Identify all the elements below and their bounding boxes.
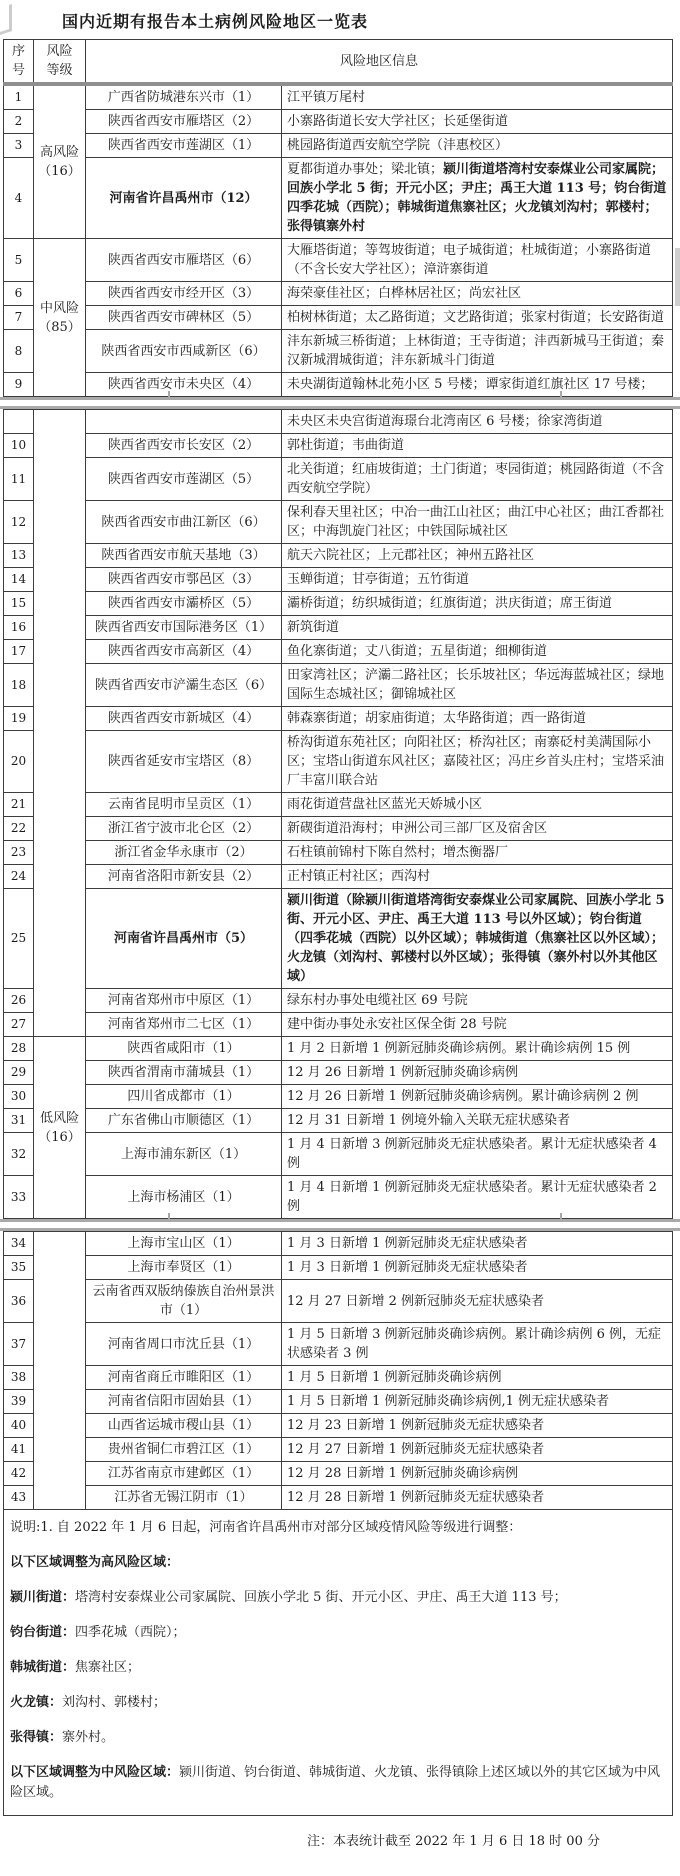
note-paragraph: 以下区域调整为中风险区域：颍川街道、钧台街道、韩城街道、火龙镇、张得镇除上述区域… xyxy=(10,1763,662,1803)
table-split-notch xyxy=(560,1213,562,1219)
region-cell: 陕西省西安市新城区（4） xyxy=(86,707,282,731)
detail-cell: 鱼化寨街道；丈八街道；五星街道；细柳街道 xyxy=(282,640,673,664)
table-row: 15陕西省西安市灞桥区（5）灞桥街道；纺织城街道；红旗街道；洪庆街道；席王街道 xyxy=(4,592,673,616)
detail-cell: 田家湾社区；浐灞二路社区；长乐坡社区；华远海蓝城社区；绿地国际生态城社区；御锦城… xyxy=(282,664,673,707)
region-cell: 陕西省西安市莲湖区（5） xyxy=(86,458,282,501)
region-cell: 陕西省西安市浐灞生态区（6） xyxy=(86,664,282,707)
row-number: 3 xyxy=(4,134,34,158)
region-cell: 云南省昆明市呈贡区（1） xyxy=(86,793,282,817)
region-cell: 上海市杨浦区（1） xyxy=(86,1176,282,1219)
detail-cell: 未央区未央宫街道海璟台北湾南区 6 号楼；徐家湾街道 xyxy=(282,410,673,434)
detail-text: 焦寨社区； xyxy=(75,1660,140,1675)
detail-cell: 石柱镇前锦村下陈自然村；增杰衡器厂 xyxy=(282,841,673,865)
detail-text: 保利春天里社区；中冶一曲江山社区；曲江中心社区；曲江香都社区；中海凯旋门社区；中… xyxy=(287,505,664,539)
detail-cell: 12 月 26 日新增 1 例新冠肺炎确诊病例。累计确诊病例 2 例 xyxy=(282,1085,673,1109)
row-number: 18 xyxy=(4,664,34,707)
row-number: 16 xyxy=(4,616,34,640)
table-row: 22浙江省宁波市北仑区（2）新碶街道沿海村；申洲公司三部厂区及宿舍区 xyxy=(4,817,673,841)
risk-level-cell: 低风险（16） xyxy=(34,1037,86,1219)
detail-cell: 江平镇万尾村 xyxy=(282,84,673,110)
detail-cell: 1 月 5 日新增 1 例新冠肺炎确诊病例,1 例无症状感染者 xyxy=(282,1390,673,1414)
detail-cell: 1 月 5 日新增 1 例新冠肺炎确诊病例 xyxy=(282,1366,673,1390)
note-paragraph: 说明:1. 自 2022 年 1 月 6 日起，河南省许昌禹州市对部分区域疫情风… xyxy=(10,1518,662,1538)
region-cell: 陕西省西安市西咸新区（6） xyxy=(86,330,282,373)
detail-text: 1 月 5 日新增 1 例新冠肺炎确诊病例 xyxy=(287,1370,501,1385)
scrollbar-artifact xyxy=(675,248,680,306)
row-number: 20 xyxy=(4,731,34,793)
detail-text: 12 月 26 日新增 1 例新冠肺炎确诊病例。累计确诊病例 2 例 xyxy=(287,1089,639,1104)
detail-cell: 颍川街道（除颍川街道塔湾街安泰煤业公司家属院、回族小学北 5 街、开元小区、尹庄… xyxy=(282,889,673,989)
header-row: 序号 风险等级 风险地区信息 xyxy=(4,40,673,85)
detail-cell: 韩森寨街道；胡家庙街道；太华路街道；西一路街道 xyxy=(282,707,673,731)
table-row: 8陕西省西安市西咸新区（6）沣东新城三桥街道；上林街道；王寺街道；沣西新城马王街… xyxy=(4,330,673,373)
region-cell: 广西省防城港东兴市（1） xyxy=(86,84,282,110)
row-number: 21 xyxy=(4,793,34,817)
table-row: 31广东省佛山市顺德区（1）12 月 31 日新增 1 例境外输入关联无症状感染… xyxy=(4,1109,673,1133)
row-number: 39 xyxy=(4,1390,34,1414)
detail-cell: 灞桥街道；纺织城街道；红旗街道；洪庆街道；席王街道 xyxy=(282,592,673,616)
region-cell: 陕西省延安市宝塔区（8） xyxy=(86,731,282,793)
table-row: 19陕西省西安市新城区（4）韩森寨街道；胡家庙街道；太华路街道；西一路街道 xyxy=(4,707,673,731)
detail-text: 刘沟村、郭楼村； xyxy=(62,1695,166,1710)
row-number: 13 xyxy=(4,544,34,568)
row-number: 26 xyxy=(4,989,34,1013)
table-row: 36云南省西双版纳傣族自治州景洪市（1）12 月 27 日新增 2 例新冠肺炎无… xyxy=(4,1280,673,1323)
detail-cell: 航天六院社区；上元郡社区；神州五路社区 xyxy=(282,544,673,568)
detail-cell: 12 月 23 日新增 1 例新冠肺炎无症状感染者 xyxy=(282,1414,673,1438)
note-paragraph: 以下区域调整为高风险区域： xyxy=(10,1553,662,1573)
detail-cell: 海荣豪佳社区；白桦林居社区；尚宏社区 xyxy=(282,282,673,306)
region-cell: 陕西省西安市莲湖区（1） xyxy=(86,134,282,158)
detail-text: 航天六院社区；上元郡社区；神州五路社区 xyxy=(287,548,534,563)
detail-text: 以下区域调整为中风险区域： xyxy=(10,1765,179,1780)
detail-text: 玉蝉街道；甘亭街道；五竹街道 xyxy=(287,572,469,587)
detail-cell: 桃园路街道西安航空学院（沣惠校区） xyxy=(282,134,673,158)
header-serial: 序号 xyxy=(4,40,34,85)
note-paragraph: 韩城街道：焦寨社区； xyxy=(10,1658,662,1678)
detail-cell: 正村镇正村社区；西沟村 xyxy=(282,865,673,889)
region-cell: 陕西省西安市碑林区（5） xyxy=(86,306,282,330)
row-number: 8 xyxy=(4,330,34,373)
detail-text: 寨外村。 xyxy=(62,1730,114,1745)
row-number: 2 xyxy=(4,110,34,134)
detail-text: 1 月 4 日新增 1 例新冠肺炎无症状感染者。累计无症状感染者 2 例 xyxy=(287,1180,657,1214)
risk-level-cell: 中风险（85） xyxy=(34,239,86,397)
table-row: 38河南省商丘市睢阳区（1）1 月 5 日新增 1 例新冠肺炎确诊病例 xyxy=(4,1366,673,1390)
table-row: 32上海市浦东新区（1）1 月 4 日新增 3 例新冠肺炎无症状感染者。累计无症… xyxy=(4,1133,673,1176)
row-number: 12 xyxy=(4,501,34,544)
row-number: 5 xyxy=(4,239,34,282)
detail-text: 12 月 28 日新增 1 例新冠肺炎确诊病例 xyxy=(287,1466,518,1481)
detail-cell: 玉蝉街道；甘亭街道；五竹街道 xyxy=(282,568,673,592)
note-paragraph: 钧台街道：四季花城（西院）； xyxy=(10,1623,662,1643)
table-row: 41贵州省铜仁市碧江区（1）12 月 27 日新增 1 例新冠肺炎无症状感染者 xyxy=(4,1438,673,1462)
detail-cell: 1 月 4 日新增 1 例新冠肺炎无症状感染者。累计无症状感染者 2 例 xyxy=(282,1176,673,1219)
detail-cell: 1 月 5 日新增 3 例新冠肺炎确诊病例。累计确诊病例 6 例，无症状感染者 … xyxy=(282,1323,673,1366)
detail-text: 火龙镇： xyxy=(10,1695,62,1710)
detail-text: 12 月 27 日新增 1 例新冠肺炎无症状感染者 xyxy=(287,1442,544,1457)
detail-text: 韩森寨街道；胡家庙街道；太华路街道；西一路街道 xyxy=(287,711,586,726)
region-cell: 河南省郑州市中原区（1） xyxy=(86,989,282,1013)
table-row: 7陕西省西安市碑林区（5）柏树林街道；太乙路街道；文艺路街道；张家村街道；长安路… xyxy=(4,306,673,330)
detail-text: 田家湾社区；浐灞二路社区；长乐坡社区；华远海蓝城社区；绿地国际生态城社区；御锦城… xyxy=(287,668,664,702)
region-cell: 上海市奉贤区（1） xyxy=(86,1256,282,1280)
detail-text: 鱼化寨街道；丈八街道；五星街道；细柳街道 xyxy=(287,644,547,659)
detail-text: 桥沟街道东苑社区；向阳社区；桥沟社区；南寨砭村美满国际小区；宝塔山街道东风社区；… xyxy=(287,735,664,788)
risk-area-table-part2: 未央区未央宫街道海璟台北湾南区 6 号楼；徐家湾街道10陕西省西安市长安区（2）… xyxy=(3,409,673,1219)
region-cell: 陕西省西安市经开区（3） xyxy=(86,282,282,306)
detail-cell: 1 月 3 日新增 1 例新冠肺炎无症状感染者 xyxy=(282,1232,673,1256)
detail-cell: 新碶街道沿海村；申洲公司三部厂区及宿舍区 xyxy=(282,817,673,841)
detail-text: 12 月 28 日新增 1 例新冠肺炎无症状感染者 xyxy=(287,1490,544,1505)
region-cell: 陕西省西安市航天基地（3） xyxy=(86,544,282,568)
detail-cell: 12 月 27 日新增 2 例新冠肺炎无症状感染者 xyxy=(282,1280,673,1323)
table-row: 37河南省周口市沈丘县（1）1 月 5 日新增 3 例新冠肺炎确诊病例。累计确诊… xyxy=(4,1323,673,1366)
table-row: 4河南省许昌禹州市（12）夏都街道办事处；梁北镇；颍川街道塔湾村安泰煤业公司家属… xyxy=(4,158,673,239)
detail-text: 未央区未央宫街道海璟台北湾南区 6 号楼；徐家湾街道 xyxy=(287,414,603,429)
detail-cell: 12 月 28 日新增 1 例新冠肺炎确诊病例 xyxy=(282,1462,673,1486)
region-cell: 四川省成都市（1） xyxy=(86,1085,282,1109)
detail-cell: 12 月 28 日新增 1 例新冠肺炎无症状感染者 xyxy=(282,1486,673,1510)
row-number: 17 xyxy=(4,640,34,664)
region-cell: 河南省许昌禹州市（5） xyxy=(86,889,282,989)
detail-text: 1 月 5 日新增 3 例新冠肺炎确诊病例。累计确诊病例 6 例，无症状感染者 … xyxy=(287,1327,661,1361)
row-number: 31 xyxy=(4,1109,34,1133)
row-number: 41 xyxy=(4,1438,34,1462)
detail-cell: 1 月 2 日新增 1 例新冠肺炎确诊病例。累计确诊病例 15 例 xyxy=(282,1037,673,1061)
region-cell: 江苏省南京市建邺区（1） xyxy=(86,1462,282,1486)
detail-text: 灞桥街道；纺织城街道；红旗街道；洪庆街道；席王街道 xyxy=(287,596,612,611)
region-cell: 河南省许昌禹州市（12） xyxy=(86,158,282,239)
detail-text: 颍川街道： xyxy=(10,1590,75,1605)
region-cell: 上海市宝山区（1） xyxy=(86,1232,282,1256)
notes-row: 说明:1. 自 2022 年 1 月 6 日起，河南省许昌禹州市对部分区域疫情风… xyxy=(4,1510,673,1816)
row-number: 10 xyxy=(4,434,34,458)
table-row: 40山西省运城市稷山县（1）12 月 23 日新增 1 例新冠肺炎无症状感染者 xyxy=(4,1414,673,1438)
row-number: 4 xyxy=(4,158,34,239)
table-header: 序号 风险等级 风险地区信息 xyxy=(4,40,673,85)
row-number: 36 xyxy=(4,1280,34,1323)
table-split-notch xyxy=(168,1213,170,1219)
detail-text: 未央湖街道翰林北苑小区 5 号楼；谭家街道红旗社区 17 号楼； xyxy=(287,377,653,392)
table-row: 16陕西省西安市国际港务区（1）新筑街道 xyxy=(4,616,673,640)
table-row: 35上海市奉贤区（1）1 月 3 日新增 1 例新冠肺炎无症状感染者 xyxy=(4,1256,673,1280)
row-number: 15 xyxy=(4,592,34,616)
row-number: 7 xyxy=(4,306,34,330)
risk-area-table-part1: 序号 风险等级 风险地区信息 1高风险（16）广西省防城港东兴市（1）江平镇万尾… xyxy=(3,39,673,397)
region-cell: 浙江省宁波市北仑区（2） xyxy=(86,817,282,841)
header-risk-level: 风险等级 xyxy=(34,40,86,85)
risk-level-cell: 高风险（16） xyxy=(34,84,86,239)
table-row: 23浙江省金华永康市（2）石柱镇前锦村下陈自然村；增杰衡器厂 xyxy=(4,841,673,865)
table-row: 29陕西省渭南市蒲城县（1）12 月 26 日新增 1 例新冠肺炎确诊病例 xyxy=(4,1061,673,1085)
table-row: 17陕西省西安市高新区（4）鱼化寨街道；丈八街道；五星街道；细柳街道 xyxy=(4,640,673,664)
region-cell: 江苏省无锡江阴市（1） xyxy=(86,1486,282,1510)
region-cell: 河南省郑州市二七区（1） xyxy=(86,1013,282,1037)
detail-text: 海荣豪佳社区；白桦林居社区；尚宏社区 xyxy=(287,286,521,301)
detail-text: 石柱镇前锦村下陈自然村；增杰衡器厂 xyxy=(287,845,508,860)
region-cell: 陕西省咸阳市（1） xyxy=(86,1037,282,1061)
table-body-part2: 未央区未央宫街道海璟台北湾南区 6 号楼；徐家湾街道10陕西省西安市长安区（2）… xyxy=(4,410,673,1219)
table-row: 27河南省郑州市二七区（1）建中街办事处永安社区保全街 28 号院 xyxy=(4,1013,673,1037)
row-number: 30 xyxy=(4,1085,34,1109)
region-cell: 山西省运城市稷山县（1） xyxy=(86,1414,282,1438)
detail-cell: 未央湖街道翰林北苑小区 5 号楼；谭家街道红旗社区 17 号楼； xyxy=(282,373,673,397)
detail-text: 大雁塔街道；等驾坡街道；电子城街道；杜城街道；小寨路街道（不含长安大学社区）；漳… xyxy=(287,243,651,277)
detail-text: 桃园路街道西安航空学院（沣惠校区） xyxy=(287,138,508,153)
note-paragraph: 颍川街道：塔湾村安泰煤业公司家属院、回族小学北 5 街、开元小区、尹庄、禹王大道… xyxy=(10,1588,662,1608)
note-paragraph: 张得镇：寨外村。 xyxy=(10,1728,662,1748)
region-cell: 浙江省金华永康市（2） xyxy=(86,841,282,865)
detail-text: 江平镇万尾村 xyxy=(287,90,365,105)
page-break-divider xyxy=(0,397,680,409)
detail-text: 钧台街道： xyxy=(10,1625,75,1640)
row-number: 43 xyxy=(4,1486,34,1510)
detail-text: 说明:1. 自 2022 年 1 月 6 日起，河南省许昌禹州市对部分区域疫情风… xyxy=(10,1520,521,1535)
detail-text: 12 月 27 日新增 2 例新冠肺炎无症状感染者 xyxy=(287,1294,544,1309)
detail-text: 新筑街道 xyxy=(287,620,339,635)
table-row: 25河南省许昌禹州市（5）颍川街道（除颍川街道塔湾街安泰煤业公司家属院、回族小学… xyxy=(4,889,673,989)
table-row: 21云南省昆明市呈贡区（1）雨花街道营盘社区蓝光天娇城小区 xyxy=(4,793,673,817)
region-cell: 陕西省西安市长安区（2） xyxy=(86,434,282,458)
detail-text: 北关街道；红庙坡街道；土门街道；枣园街道；桃园路街道（不含西安航空学院） xyxy=(287,462,664,496)
detail-text: 12 月 26 日新增 1 例新冠肺炎确诊病例 xyxy=(287,1065,518,1080)
table-body-part3: 34上海市宝山区（1）1 月 3 日新增 1 例新冠肺炎无症状感染者35上海市奉… xyxy=(4,1232,673,1510)
header-risk-area-info: 风险地区信息 xyxy=(86,40,673,85)
detail-cell: 郭杜街道；韦曲街道 xyxy=(282,434,673,458)
risk-area-table-part3: 34上海市宝山区（1）1 月 3 日新增 1 例新冠肺炎无症状感染者35上海市奉… xyxy=(3,1231,673,1816)
table-row: 20陕西省延安市宝塔区（8）桥沟街道东苑社区；向阳社区；桥沟社区；南寨砭村美满国… xyxy=(4,731,673,793)
region-cell: 陕西省西安市雁塔区（6） xyxy=(86,239,282,282)
region-cell: 陕西省西安市灞桥区（5） xyxy=(86,592,282,616)
detail-text: 绿东村办事处电缆社区 69 号院 xyxy=(287,993,468,1008)
region-cell: 云南省西双版纳傣族自治州景洪市（1） xyxy=(86,1280,282,1323)
detail-cell: 绿东村办事处电缆社区 69 号院 xyxy=(282,989,673,1013)
detail-text: 沣东新城三桥街道；上林街道；王寺街道；沣西新城马王街道；秦汉新城渭城街道；沣东新… xyxy=(287,334,664,368)
table-row: 14陕西省西安市鄠邑区（3）玉蝉街道；甘亭街道；五竹街道 xyxy=(4,568,673,592)
table-body-part1: 1高风险（16）广西省防城港东兴市（1）江平镇万尾村2陕西省西安市雁塔区（2）小… xyxy=(4,84,673,397)
notes-cell: 说明:1. 自 2022 年 1 月 6 日起，河南省许昌禹州市对部分区域疫情风… xyxy=(4,1510,673,1816)
table-row: 1高风险（16）广西省防城港东兴市（1）江平镇万尾村 xyxy=(4,84,673,110)
table-row: 30四川省成都市（1）12 月 26 日新增 1 例新冠肺炎确诊病例。累计确诊病… xyxy=(4,1085,673,1109)
region-cell: 河南省商丘市睢阳区（1） xyxy=(86,1366,282,1390)
detail-text: 韩城街道： xyxy=(10,1660,75,1675)
table-row: 12陕西省西安市曲江新区（6）保利春天里社区；中冶一曲江山社区；曲江中心社区；曲… xyxy=(4,501,673,544)
region-cell: 陕西省西安市国际港务区（1） xyxy=(86,616,282,640)
region-cell: 陕西省西安市鄠邑区（3） xyxy=(86,568,282,592)
detail-text: 新碶街道沿海村；申洲公司三部厂区及宿舍区 xyxy=(287,821,547,836)
detail-cell: 夏都街道办事处；梁北镇；颍川街道塔湾村安泰煤业公司家属院；回族小学北 5 街；开… xyxy=(282,158,673,239)
row-number: 32 xyxy=(4,1133,34,1176)
detail-text: 正村镇正村社区；西沟村 xyxy=(287,869,430,884)
region-cell: 陕西省西安市曲江新区（6） xyxy=(86,501,282,544)
detail-text: 张得镇： xyxy=(10,1730,62,1745)
detail-cell: 大雁塔街道；等驾坡街道；电子城街道；杜城街道；小寨路街道（不含长安大学社区）；漳… xyxy=(282,239,673,282)
row-number: 42 xyxy=(4,1462,34,1486)
detail-text: 1 月 3 日新增 1 例新冠肺炎无症状感染者 xyxy=(287,1236,527,1251)
detail-cell: 1 月 3 日新增 1 例新冠肺炎无症状感染者 xyxy=(282,1256,673,1280)
detail-cell: 桥沟街道东苑社区；向阳社区；桥沟社区；南寨砭村美满国际小区；宝塔山街道东风社区；… xyxy=(282,731,673,793)
row-number: 22 xyxy=(4,817,34,841)
detail-text: 以下区域调整为高风险区域： xyxy=(10,1555,179,1570)
row-number: 33 xyxy=(4,1176,34,1219)
row-number: 11 xyxy=(4,458,34,501)
footer-note: 注：本表统计截至 2022 年 1 月 6 日 18 时 00 分 xyxy=(0,1830,680,1849)
detail-text: 夏都街道办事处；梁北镇； xyxy=(287,162,443,177)
risk-level-cell xyxy=(34,410,86,1037)
region-cell: 陕西省西安市未央区（4） xyxy=(86,373,282,397)
detail-cell: 12 月 31 日新增 1 例境外输入关联无症状感染者 xyxy=(282,1109,673,1133)
row-number: 28 xyxy=(4,1037,34,1061)
detail-cell: 1 月 4 日新增 3 例新冠肺炎无症状感染者。累计无症状感染者 4 例 xyxy=(282,1133,673,1176)
row-number: 40 xyxy=(4,1414,34,1438)
row-number: 14 xyxy=(4,568,34,592)
detail-text: 郭杜街道；韦曲街道 xyxy=(287,438,404,453)
detail-text: 1 月 5 日新增 1 例新冠肺炎确诊病例,1 例无症状感染者 xyxy=(287,1394,609,1409)
table-row: 43江苏省无锡江阴市（1）12 月 28 日新增 1 例新冠肺炎无症状感染者 xyxy=(4,1486,673,1510)
row-number xyxy=(4,410,34,434)
table-row: 39河南省信阳市固始县（1）1 月 5 日新增 1 例新冠肺炎确诊病例,1 例无… xyxy=(4,1390,673,1414)
row-number: 9 xyxy=(4,373,34,397)
region-cell: 河南省洛阳市新安县（2） xyxy=(86,865,282,889)
region-cell: 河南省周口市沈丘县（1） xyxy=(86,1323,282,1366)
region-cell: 陕西省西安市高新区（4） xyxy=(86,640,282,664)
row-number: 35 xyxy=(4,1256,34,1280)
table-row: 10陕西省西安市长安区（2）郭杜街道；韦曲街道 xyxy=(4,434,673,458)
table-row: 11陕西省西安市莲湖区（5）北关街道；红庙坡街道；土门街道；枣园街道；桃园路街道… xyxy=(4,458,673,501)
table-row: 18陕西省西安市浐灞生态区（6）田家湾社区；浐灞二路社区；长乐坡社区；华远海蓝城… xyxy=(4,664,673,707)
detail-text: 1 月 3 日新增 1 例新冠肺炎无症状感染者 xyxy=(287,1260,527,1275)
table-row: 34上海市宝山区（1）1 月 3 日新增 1 例新冠肺炎无症状感染者 xyxy=(4,1232,673,1256)
risk-level-cell xyxy=(34,1232,86,1510)
detail-cell: 柏树林街道；太乙路街道；文艺路街道；张家村街道；长安路街道 xyxy=(282,306,673,330)
table-split-notch xyxy=(168,391,170,397)
note-paragraph: 火龙镇：刘沟村、郭楼村； xyxy=(10,1693,662,1713)
detail-text: 塔湾村安泰煤业公司家属院、回族小学北 5 街、开元小区、尹庄、禹王大道 113 … xyxy=(75,1590,567,1605)
table-split-notch xyxy=(560,391,562,397)
detail-text: 1 月 2 日新增 1 例新冠肺炎确诊病例。累计确诊病例 15 例 xyxy=(287,1041,630,1056)
row-number: 38 xyxy=(4,1366,34,1390)
table-row: 9陕西省西安市未央区（4）未央湖街道翰林北苑小区 5 号楼；谭家街道红旗社区 1… xyxy=(4,373,673,397)
table-row: 6陕西省西安市经开区（3）海荣豪佳社区；白桦林居社区；尚宏社区 xyxy=(4,282,673,306)
region-cell: 广东省佛山市顺德区（1） xyxy=(86,1109,282,1133)
detail-cell: 12 月 27 日新增 1 例新冠肺炎无症状感染者 xyxy=(282,1438,673,1462)
table-row: 3陕西省西安市莲湖区（1）桃园路街道西安航空学院（沣惠校区） xyxy=(4,134,673,158)
detail-cell: 12 月 26 日新增 1 例新冠肺炎确诊病例 xyxy=(282,1061,673,1085)
row-number: 23 xyxy=(4,841,34,865)
row-number: 25 xyxy=(4,889,34,989)
detail-cell: 保利春天里社区；中冶一曲江山社区；曲江中心社区；曲江香都社区；中海凯旋门社区；中… xyxy=(282,501,673,544)
detail-text: 12 月 23 日新增 1 例新冠肺炎无症状感染者 xyxy=(287,1418,544,1433)
detail-text: 12 月 31 日新增 1 例境外输入关联无症状感染者 xyxy=(287,1113,570,1128)
table-row: 28低风险（16）陕西省咸阳市（1）1 月 2 日新增 1 例新冠肺炎确诊病例。… xyxy=(4,1037,673,1061)
table-row: 26河南省郑州市中原区（1）绿东村办事处电缆社区 69 号院 xyxy=(4,989,673,1013)
region-cell: 贵州省铜仁市碧江区（1） xyxy=(86,1438,282,1462)
detail-cell: 雨花街道营盘社区蓝光天娇城小区 xyxy=(282,793,673,817)
table-row: 24河南省洛阳市新安县（2）正村镇正村社区；西沟村 xyxy=(4,865,673,889)
detail-cell: 建中街办事处永安社区保全街 28 号院 xyxy=(282,1013,673,1037)
detail-cell: 新筑街道 xyxy=(282,616,673,640)
table-row: 未央区未央宫街道海璟台北湾南区 6 号楼；徐家湾街道 xyxy=(4,410,673,434)
detail-text: 1 月 4 日新增 3 例新冠肺炎无症状感染者。累计无症状感染者 4 例 xyxy=(287,1137,657,1171)
detail-text: 颍川街道（除颍川街道塔湾街安泰煤业公司家属院、回族小学北 5 街、开元小区、尹庄… xyxy=(287,893,665,984)
row-number: 29 xyxy=(4,1061,34,1085)
detail-text: 雨花街道营盘社区蓝光天娇城小区 xyxy=(287,797,482,812)
table-row: 33上海市杨浦区（1）1 月 4 日新增 1 例新冠肺炎无症状感染者。累计无症状… xyxy=(4,1176,673,1219)
region-cell: 上海市浦东新区（1） xyxy=(86,1133,282,1176)
table-row: 42江苏省南京市建邺区（1）12 月 28 日新增 1 例新冠肺炎确诊病例 xyxy=(4,1462,673,1486)
table-row: 2陕西省西安市雁塔区（2）小寨路街道长安大学社区；长延堡街道 xyxy=(4,110,673,134)
detail-cell: 小寨路街道长安大学社区；长延堡街道 xyxy=(282,110,673,134)
page-title: 国内近期有报告本土病例风险地区一览表 xyxy=(62,9,680,32)
table-row: 13陕西省西安市航天基地（3）航天六院社区；上元郡社区；神州五路社区 xyxy=(4,544,673,568)
notes-section: 说明:1. 自 2022 年 1 月 6 日起，河南省许昌禹州市对部分区域疫情风… xyxy=(4,1510,673,1816)
detail-text: 小寨路街道长安大学社区；长延堡街道 xyxy=(287,114,508,129)
detail-text: 柏树林街道；太乙路街道；文艺路街道；张家村街道；长安路街道 xyxy=(287,310,664,325)
row-number: 1 xyxy=(4,84,34,110)
row-number: 24 xyxy=(4,865,34,889)
region-cell: 河南省信阳市固始县（1） xyxy=(86,1390,282,1414)
region-cell xyxy=(86,410,282,434)
table-row: 5中风险（85）陕西省西安市雁塔区（6）大雁塔街道；等驾坡街道；电子城街道；杜城… xyxy=(4,239,673,282)
page-curl-artifact xyxy=(0,4,12,35)
row-number: 34 xyxy=(4,1232,34,1256)
row-number: 37 xyxy=(4,1323,34,1366)
detail-text: 四季花城（西院）； xyxy=(75,1625,186,1640)
region-cell: 陕西省渭南市蒲城县（1） xyxy=(86,1061,282,1085)
row-number: 27 xyxy=(4,1013,34,1037)
detail-text: 建中街办事处永安社区保全街 28 号院 xyxy=(287,1017,507,1032)
row-number: 19 xyxy=(4,707,34,731)
detail-cell: 沣东新城三桥街道；上林街道；王寺街道；沣西新城马王街道；秦汉新城渭城街道；沣东新… xyxy=(282,330,673,373)
row-number: 6 xyxy=(4,282,34,306)
region-cell: 陕西省西安市雁塔区（2） xyxy=(86,110,282,134)
page-break-divider xyxy=(0,1219,680,1231)
detail-cell: 北关街道；红庙坡街道；土门街道；枣园街道；桃园路街道（不含西安航空学院） xyxy=(282,458,673,501)
